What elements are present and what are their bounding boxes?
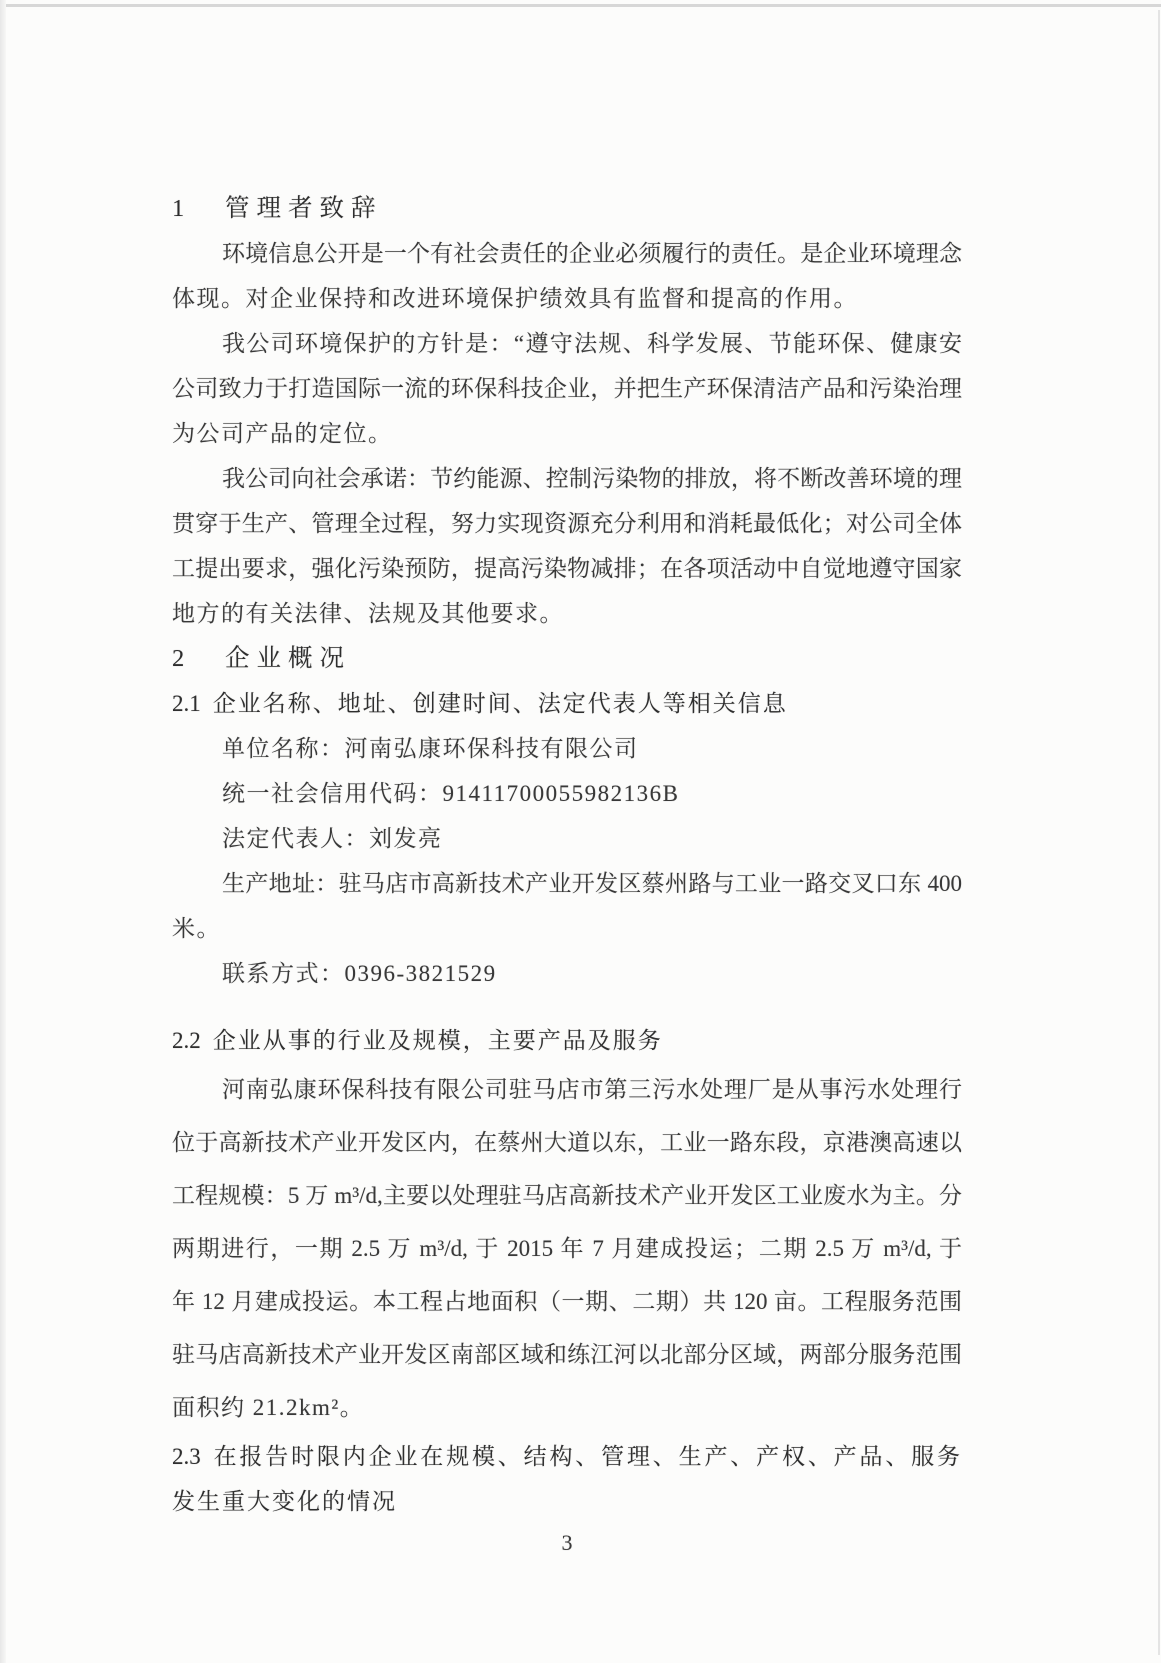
text-line: 河南弘康环保科技有限公司驻马店市第三污水处理厂是从事污水处理行业，: [172, 1063, 962, 1116]
text-line: 生产地址：驻马店市高新技术产业开发区蔡州路与工业一路交叉口东 400: [172, 861, 962, 906]
text-line: 我公司向社会承诺：节约能源、控制污染物的排放，将不断改善环境的理念: [172, 456, 962, 501]
paragraph: 环境信息公开是一个有社会责任的企业必须履行的责任。是企业环境理念的体现。对企业保…: [172, 231, 962, 321]
text-line: 单位名称：河南弘康环保科技有限公司: [172, 726, 962, 771]
text-line: 为公司产品的定位。: [172, 411, 962, 456]
heading-text: 管理者致辞: [225, 195, 383, 222]
document-body: 1管理者致辞环境信息公开是一个有社会责任的企业必须履行的责任。是企业环境理念的体…: [172, 186, 962, 1560]
text-line: 贯穿于生产、管理全过程，努力实现资源充分利用和消耗最低化；对公司全体员: [172, 501, 962, 546]
text-line: 发生重大变化的情况: [172, 1479, 962, 1524]
section-heading-1: 1管理者致辞: [172, 186, 962, 231]
paragraph: 河南弘康环保科技有限公司驻马店市第三污水处理厂是从事污水处理行业，位于高新技术产…: [172, 1063, 962, 1434]
text-line: 2.3在报告时限内企业在规模、结构、管理、生产、产权、产品、服务等方面: [172, 1434, 962, 1479]
section-number: 2.1: [172, 691, 201, 716]
section-number: 2.2: [172, 1028, 201, 1053]
text-line: 联系方式：0396-3821529: [172, 951, 962, 996]
text-line: 工提出要求，强化污染预防，提高污染物减排；在各项活动中自觉地遵守国家和: [172, 546, 962, 591]
section-heading-2.1: 2.1企业名称、地址、创建时间、法定代表人等相关信息: [172, 681, 962, 726]
paragraph: 我公司环境保护的方针是：“遵守法规、科学发展、节能环保、健康安全”。公司致力于打…: [172, 321, 962, 456]
text-line: 年 12 月建成投运。本工程占地面积（一期、二期）共 120 亩。工程服务范围为: [172, 1275, 962, 1328]
text-line: 环境信息公开是一个有社会责任的企业必须履行的责任。是企业环境理念的: [172, 231, 962, 276]
text-line: 地方的有关法律、法规及其他要求。: [172, 591, 962, 636]
text-line: 体现。对企业保持和改进环境保护绩效具有监督和提高的作用。: [172, 276, 962, 321]
text-line: 驻马店高新技术产业开发区南部区域和练江河以北部分区域，两部分服务范围总: [172, 1328, 962, 1381]
section-number: 2.3: [172, 1444, 201, 1469]
page-number: 3: [172, 1526, 962, 1560]
text-line: 米。: [172, 906, 962, 951]
text-line: 2.2企业从事的行业及规模，主要产品及服务: [172, 1018, 962, 1063]
text-line: 位于高新技术产业开发区内，在蔡州大道以东，工业一路东段，京港澳高速以西。: [172, 1116, 962, 1169]
text-line: 统一社会信用代码：91411700055982136B: [172, 771, 962, 816]
section-heading-2: 2企业概况: [172, 636, 962, 681]
scan-top-edge-line: [0, 4, 1161, 7]
heading-text: 企业概况: [225, 645, 351, 672]
text-line: 法定代表人：刘发亮: [172, 816, 962, 861]
section-heading-2.2: 2.2企业从事的行业及规模，主要产品及服务: [172, 1018, 962, 1063]
scan-right-edge-line: [1158, 10, 1160, 1655]
text-line: 两期进行，一期 2.5 万 m³/d, 于 2015 年 7 月建成投运；二期 …: [172, 1222, 962, 1275]
paragraph: 我公司向社会承诺：节约能源、控制污染物的排放，将不断改善环境的理念贯穿于生产、管…: [172, 456, 962, 636]
text-line: 1管理者致辞: [172, 186, 962, 231]
text-line: 2.1企业名称、地址、创建时间、法定代表人等相关信息: [172, 681, 962, 726]
text-line: 公司致力于打造国际一流的环保科技企业，并把生产环保清洁产品和污染治理作: [172, 366, 962, 411]
text-line: 面积约 21.2km²。: [172, 1381, 962, 1434]
text-line: 我公司环境保护的方针是：“遵守法规、科学发展、节能环保、健康安全”。: [172, 321, 962, 366]
section-number: 1: [172, 186, 225, 231]
section-heading-2.3: 2.3在报告时限内企业在规模、结构、管理、生产、产权、产品、服务等方面发生重大变…: [172, 1434, 962, 1524]
text-line: 工程规模：5 万 m³/d,主要以处理驻马店高新技术产业开发区工业废水为主。分: [172, 1169, 962, 1222]
text-line: 2企业概况: [172, 636, 962, 681]
section-number: 2: [172, 636, 225, 681]
paragraph: 单位名称：河南弘康环保科技有限公司统一社会信用代码：91411700055982…: [172, 726, 962, 996]
scan-left-edge-line: [0, 0, 6, 1663]
